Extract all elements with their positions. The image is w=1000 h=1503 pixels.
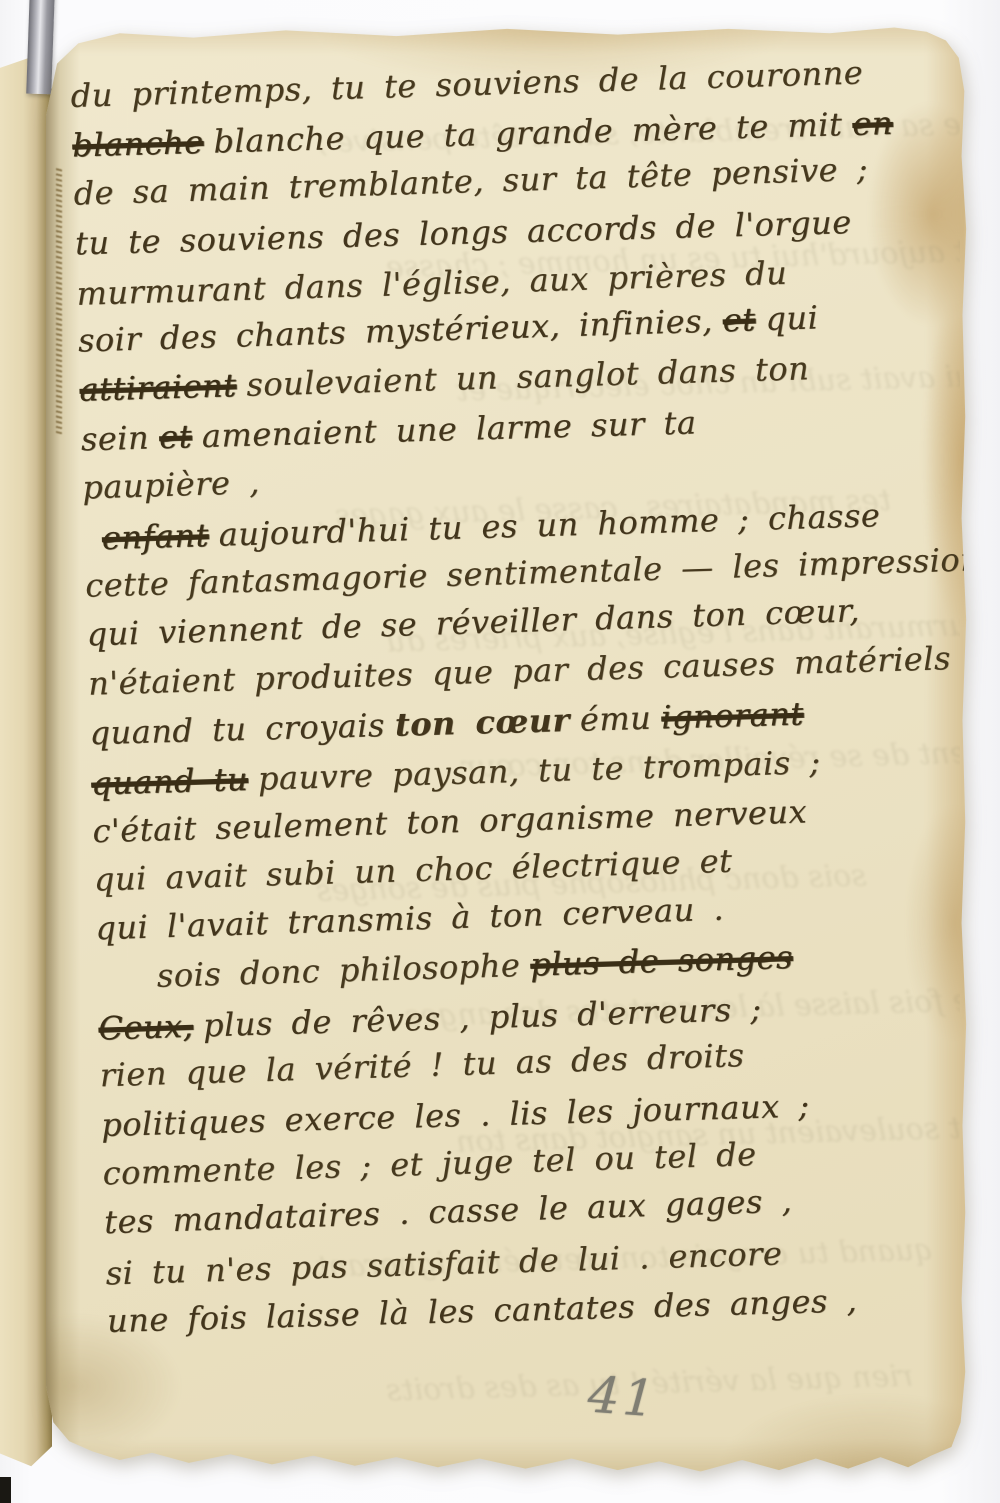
struck-word: enfant <box>101 516 209 557</box>
handwritten-text: paupière , <box>82 463 261 507</box>
handwritten-text: quand tu croyais <box>89 706 385 752</box>
struck-word: quand tu <box>91 760 249 803</box>
paper-wrap: de sa main tremblante, sur ta tête pensi… <box>0 0 1000 1503</box>
struck-word: en <box>852 104 894 143</box>
handwritten-text: sois donc philosophe <box>156 946 520 995</box>
page-number: 41 <box>586 1366 660 1429</box>
handwritten-text: sein <box>80 419 149 459</box>
struck-word: attiraient <box>79 366 237 409</box>
struck-word: blanche <box>72 123 204 165</box>
struck-word: et <box>159 417 193 456</box>
struck-word: et <box>722 300 756 339</box>
manuscript-page: de sa main tremblante, sur ta tête pensi… <box>46 26 968 1473</box>
struck-word: plus de songes <box>530 938 794 984</box>
struck-word: Ceux, <box>98 1007 194 1048</box>
manuscript-text: du printemps, tu te souviens de la couro… <box>70 46 991 1346</box>
struck-word: ignorant <box>661 695 804 737</box>
binding-thread <box>56 166 62 436</box>
handwritten-text: qui <box>765 298 819 338</box>
handwritten-text: ému <box>579 699 651 739</box>
handwritten-text: ton cœur <box>394 701 570 744</box>
